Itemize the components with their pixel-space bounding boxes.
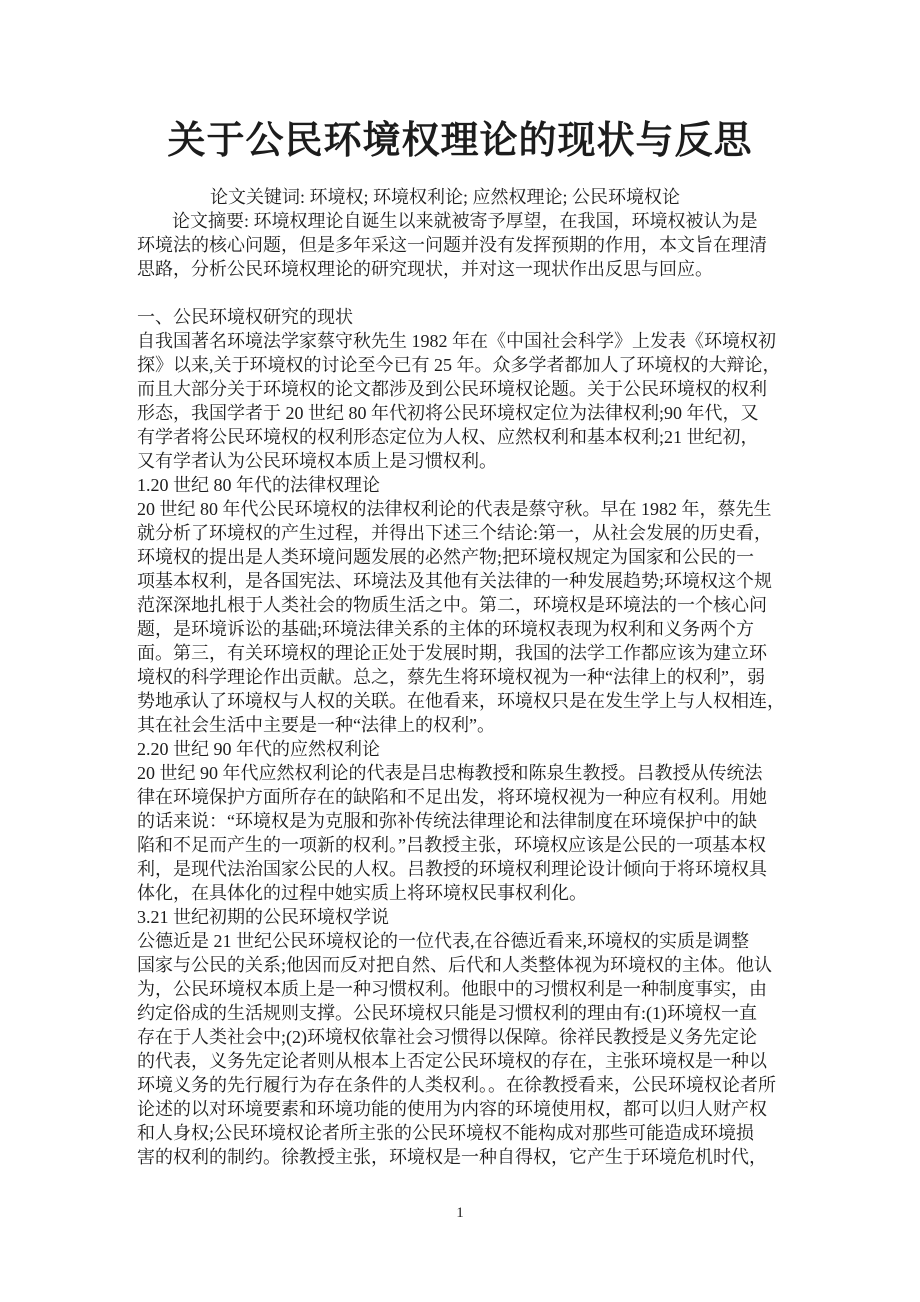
body-text-line: 20 世纪 80 年代公民环境权的法律权利论的代表是蔡守秋。早在 1982 年，… — [137, 497, 785, 521]
body-text-line: 3.21 世纪初期的公民环境权学说 — [137, 905, 785, 929]
body-text-line: 项基本权利，是各国宪法、环境法及其他有关法律的一种发展趋势;环境权这个规 — [137, 569, 785, 593]
body-text-line: 有学者将公民环境权的权利形态定位为人权、应然权利和基本权利;21 世纪初， — [137, 425, 785, 449]
body-text-line: 公德近是 21 世纪公民环境权论的一位代表,在谷德近看来,环境权的实质是调整 — [137, 929, 785, 953]
body-text-line: 体化，在具体化的过程中她实质上将环境权民事权利化。 — [137, 881, 785, 905]
body-text-line: 环境权的提出是人类环境问题发展的必然产物;把环境权规定为国家和公民的一 — [137, 545, 785, 569]
body-text-line: 又有学者认为公民环境权本质上是习惯权利。 — [137, 449, 785, 473]
abstract-line: 思路，分析公民环境权理论的研究现状，并对这一现状作出反思与回应。 — [137, 257, 785, 281]
body-text-line: 其在社会生活中主要是一种“法律上的权利”。 — [137, 713, 785, 737]
body-text-line: 的代表，义务先定论者则从根本上否定公民环境权的存在，主张环境权是一种以 — [137, 1049, 785, 1073]
body-text-line: 形态，我国学者于 20 世纪 80 年代初将公民环境权定位为法律权利;90 年代… — [137, 401, 785, 425]
body-text-line: 2.20 世纪 90 年代的应然权利论 — [137, 737, 785, 761]
body-text-line: 存在于人类社会中;(2)环境权依靠社会习惯得以保障。徐祥民教授是义务先定论 — [137, 1025, 785, 1049]
article-body: 一、公民环境权研究的现状自我国著名环境法学家蔡守秋先生 1982 年在《中国社会… — [137, 305, 785, 1169]
body-text-line: 题，是环境诉讼的基础;环境法律关系的主体的环境权表现为权利和义务两个方 — [137, 617, 785, 641]
body-text-line: 约定俗成的生活规则支撑。公民环境权只能是习惯权利的理由有:(1)环境权一直 — [137, 1001, 785, 1025]
front-matter-block: 论文关键词: 环境权; 环境权利论; 应然权理论; 公民环境权论 论文摘要: 环… — [137, 185, 785, 281]
body-text-line: 一、公民环境权研究的现状 — [137, 305, 785, 329]
body-text-line: 利，是现代法治国家公民的人权。吕教授的环境权利理论设计倾向于将环境权具 — [137, 857, 785, 881]
body-text-line: 势地承认了环境权与人权的关联。在他看来，环境权只是在发生学上与人权相连， — [137, 689, 785, 713]
body-text-line: 范深深地扎根于人类社会的物质生活之中。第二，环境权是环境法的一个核心问 — [137, 593, 785, 617]
body-text-line: 1.20 世纪 80 年代的法律权理论 — [137, 473, 785, 497]
body-text-line: 探》以来,关于环境权的讨论至今已有 25 年。众多学者都加人了环境权的大辩论， — [137, 353, 785, 377]
body-text-line: 律在环境保护方面所存在的缺陷和不足出发，将环境权视为一种应有权利。用她 — [137, 785, 785, 809]
body-text-line: 而且大部分关于环境权的论文都涉及到公民环境权论题。关于公民环境权的权利 — [137, 377, 785, 401]
body-text-line: 自我国著名环境法学家蔡守秋先生 1982 年在《中国社会科学》上发表《环境权初 — [137, 329, 785, 353]
page-number: 1 — [0, 1203, 920, 1223]
abstract-line: 论文摘要: 环境权理论自诞生以来就被寄予厚望，在我国，环境权被认为是 — [137, 209, 785, 233]
body-text-line: 20 世纪 90 年代应然权利论的代表是吕忠梅教授和陈泉生教授。吕教授从传统法 — [137, 761, 785, 785]
abstract-line: 环境法的核心问题，但是多年采这一问题并没有发挥预期的作用，本文旨在理清 — [137, 233, 785, 257]
document-page: 关于公民环境权理论的现状与反思 论文关键词: 环境权; 环境权利论; 应然权理论… — [0, 0, 920, 1302]
body-text-line: 的话来说：“环境权是为克服和弥补传统法律理论和法律制度在环境保护中的缺 — [137, 809, 785, 833]
body-text-line: 害的权利的制约。徐教授主张，环境权是一种自得权，它产生于环境危机时代， — [137, 1145, 785, 1169]
body-text-line: 国家与公民的关系;他因而反对把自然、后代和人类整体视为环境权的主体。他认 — [137, 953, 785, 977]
body-text-line: 和人身权;公民环境权论者所主张的公民环境权不能构成对那些可能造成环境损 — [137, 1121, 785, 1145]
body-text-line: 境权的科学理论作出贡献。总之，蔡先生将环境权视为一种“法律上的权利”，弱 — [137, 665, 785, 689]
body-text-line: 就分析了环境权的产生过程，并得出下述三个结论:第一，从社会发展的历史看， — [137, 521, 785, 545]
body-text-line: 环境义务的先行履行为存在条件的人类权利。。在徐教授看来，公民环境权论者所 — [137, 1073, 785, 1097]
keywords-line: 论文关键词: 环境权; 环境权利论; 应然权理论; 公民环境权论 — [137, 185, 785, 209]
body-text-line: 陷和不足而产生的一项新的权利。”吕教授主张，环境权应该是公民的一项基本权 — [137, 833, 785, 857]
document-title: 关于公民环境权理论的现状与反思 — [0, 116, 920, 166]
body-text-line: 面。第三，有关环境权的理论正处于发展时期，我国的法学工作都应该为建立环 — [137, 641, 785, 665]
body-text-line: 论述的以对环境要素和环境功能的使用为内容的环境使用权，都可以归人财产权 — [137, 1097, 785, 1121]
body-text-line: 为，公民环境权本质上是一种习惯权利。他眼中的习惯权利是一种制度事实，由 — [137, 977, 785, 1001]
